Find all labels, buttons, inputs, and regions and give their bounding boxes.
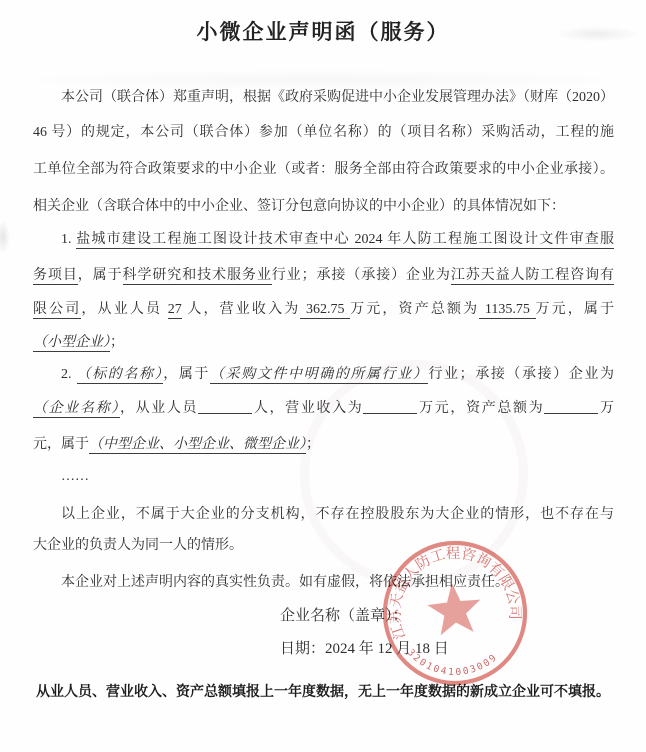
item1-text: ，属于 bbox=[78, 268, 123, 283]
para1-line3: 工单位全部为符合政策要求的中小企业（或者：服务全部由符合政策要求的中小企业承接）… bbox=[33, 153, 614, 187]
assets-blank-field bbox=[544, 398, 598, 414]
item2-text: ，从业人员 bbox=[120, 401, 198, 416]
item1-text: 行业；承接（承接）企业为 bbox=[272, 268, 451, 283]
item1-line4: （小型企业）； bbox=[33, 326, 614, 360]
company-seal: 江苏天益人防工程咨询有限公司 3201041003009 bbox=[378, 536, 532, 690]
item2-line2: （企业名称），从业人员人，营业收入为万元，资产总额为万 bbox=[33, 392, 614, 426]
item1-project-name-cont: 务项目 bbox=[33, 268, 78, 285]
star-icon bbox=[425, 580, 483, 636]
item2-enterprise-type-options: （中型企业、小型企业、微型企业） bbox=[89, 437, 306, 454]
para1-line2: 46 号）的规定，本公司（联合体）参加（单位名称）的（项目名称）采购活动，工程的… bbox=[33, 116, 614, 150]
item1-company-name: 江苏天益人防工程咨询有 bbox=[451, 268, 614, 285]
item1-project-name: 盐城市建设工程施工图设计技术审查中心 2024 年人防工程施工图设计文件审查服 bbox=[76, 232, 614, 249]
item1-text: 人，营业收入为 bbox=[182, 302, 301, 317]
ellipsis-line: …… bbox=[33, 460, 614, 494]
item1-industry: 科学研究和技术服务业 bbox=[123, 268, 272, 285]
item1-line2: 务项目，属于科学研究和技术服务业行业；承接（承接）企业为江苏天益人防工程咨询有 bbox=[33, 259, 614, 293]
item1-line3: 限公司，从业人员 27 人，营业收入为 362.75 万元，资产总额为 1135… bbox=[33, 293, 614, 327]
item2-company-placeholder: （企业名称） bbox=[33, 401, 120, 418]
item2-text: 万 bbox=[598, 401, 614, 416]
scan-smudge bbox=[0, 220, 10, 254]
item1-text: ，从业人员 bbox=[81, 302, 167, 317]
item1-text: 万元，属于 bbox=[536, 302, 615, 317]
para1-line4: 相关企业（含联合体中的中小企业、签订分包意向协议的中小企业）的具体情况如下： bbox=[33, 190, 614, 224]
item2-number: 2. bbox=[61, 367, 77, 382]
item2-line3: 元，属于（中型企业、小型企业、微型企业）； bbox=[33, 428, 614, 462]
item2-text: 万元，资产总额为 bbox=[417, 401, 544, 416]
revenue-blank-field bbox=[363, 398, 417, 414]
para3-line1: 以上企业，不属于大企业的分支机构，不存在控股股东为大企业的情形，也不存在与 bbox=[33, 498, 614, 532]
item1-revenue-value: 362.75 bbox=[300, 302, 350, 319]
item1-assets-value: 1135.75 bbox=[479, 302, 535, 319]
item2-text: 元，属于 bbox=[33, 437, 89, 452]
item1-number: 1. bbox=[61, 232, 76, 247]
staff-blank-field bbox=[198, 398, 252, 414]
para1-line1: 本公司（联合体）郑重声明，根据《政府采购促进中小企业发展管理办法》（财库（202… bbox=[33, 81, 614, 115]
item2-subject-placeholder: （标的名称） bbox=[77, 367, 164, 384]
item1-company-name-cont: 限公司 bbox=[33, 302, 81, 319]
item1-text: 万元，资产总额为 bbox=[350, 302, 479, 317]
item1-staff-count: 27 bbox=[168, 302, 182, 319]
item2-text: ； bbox=[306, 437, 320, 452]
declaration-document-page: 小微企业声明函（服务） 本公司（联合体）郑重声明，根据《政府采购促进中小企业发展… bbox=[0, 0, 646, 752]
item2-text: 行业；承接（承接）企业为 bbox=[428, 367, 614, 382]
item1-enterprise-type: （小型企业） bbox=[33, 335, 110, 352]
item1-text: ； bbox=[110, 335, 124, 350]
footnote: 从业人员、营业收入、资产总额填报上一年度数据，无上一年度数据的新成立企业可不填报… bbox=[0, 674, 646, 708]
document-title: 小微企业声明函（服务） bbox=[0, 16, 646, 46]
item2-line1: 2. （标的名称），属于（采购文件中明确的所属行业）行业；承接（承接）企业为 bbox=[33, 358, 614, 392]
item2-text: 人，营业收入为 bbox=[252, 401, 363, 416]
item2-text: ，属于 bbox=[163, 367, 210, 382]
item2-industry-placeholder: （采购文件中明确的所属行业） bbox=[210, 367, 428, 384]
item1-line1: 1. 盐城市建设工程施工图设计技术审查中心 2024 年人防工程施工图设计文件审… bbox=[33, 223, 614, 257]
